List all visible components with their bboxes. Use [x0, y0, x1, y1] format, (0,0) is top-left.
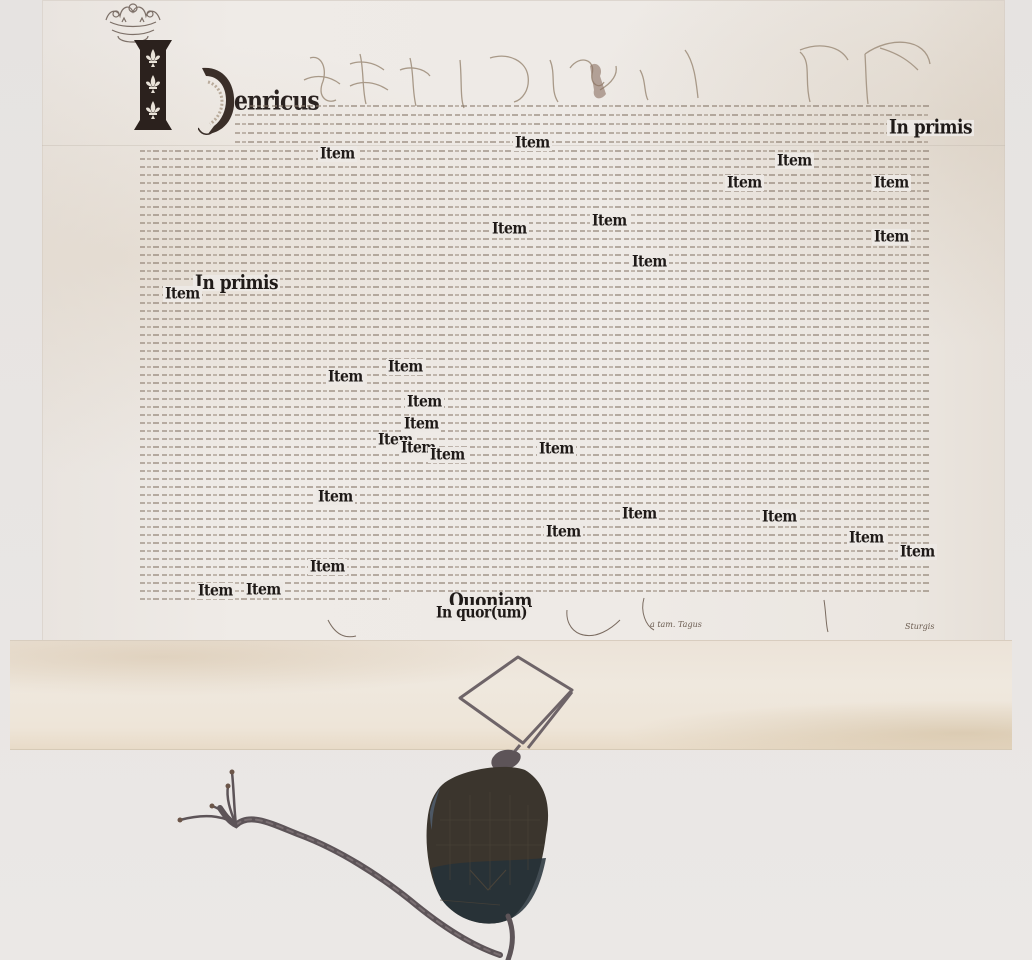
- heading-item: Item: [847, 530, 886, 546]
- heading-item: Item: [775, 153, 814, 169]
- heading-item: Item: [308, 559, 347, 575]
- charter-text-block: [140, 100, 935, 600]
- clerk-signature: Sturgis: [905, 622, 934, 631]
- heading-item: Item: [318, 146, 357, 162]
- heading-in-quor-um-: In quor(um): [434, 605, 529, 621]
- heading-item: Item: [244, 582, 283, 598]
- heading-item: Item: [386, 359, 425, 375]
- heading-in-primis: In primis: [887, 120, 974, 136]
- heading-item: Item: [537, 441, 576, 457]
- heading-item: Item: [544, 524, 583, 540]
- heading-item: Item: [163, 286, 202, 302]
- heading-item: Item: [872, 229, 911, 245]
- heading-item: Item: [316, 489, 355, 505]
- heading-item: Item: [760, 509, 799, 525]
- heading-in-primis: In primis: [193, 275, 280, 291]
- clerk-note: a tam. Tagus: [650, 620, 702, 629]
- heading-item: Item: [898, 544, 937, 560]
- heading-item: Item: [620, 506, 659, 522]
- heading-item: Item: [196, 583, 235, 599]
- heading-item: Item: [725, 175, 764, 191]
- heading-item: Item: [402, 416, 441, 432]
- heading-item: Item: [405, 394, 444, 410]
- heading-item: Item: [326, 369, 365, 385]
- heading-item: Item: [590, 213, 629, 229]
- plica-fold: [10, 640, 1012, 750]
- heading-item: Item: [630, 254, 669, 270]
- heading-item: Item: [872, 175, 911, 191]
- heading-item: Item: [513, 135, 552, 151]
- heading-item: Item: [428, 447, 467, 463]
- heading-item: Item: [490, 221, 529, 237]
